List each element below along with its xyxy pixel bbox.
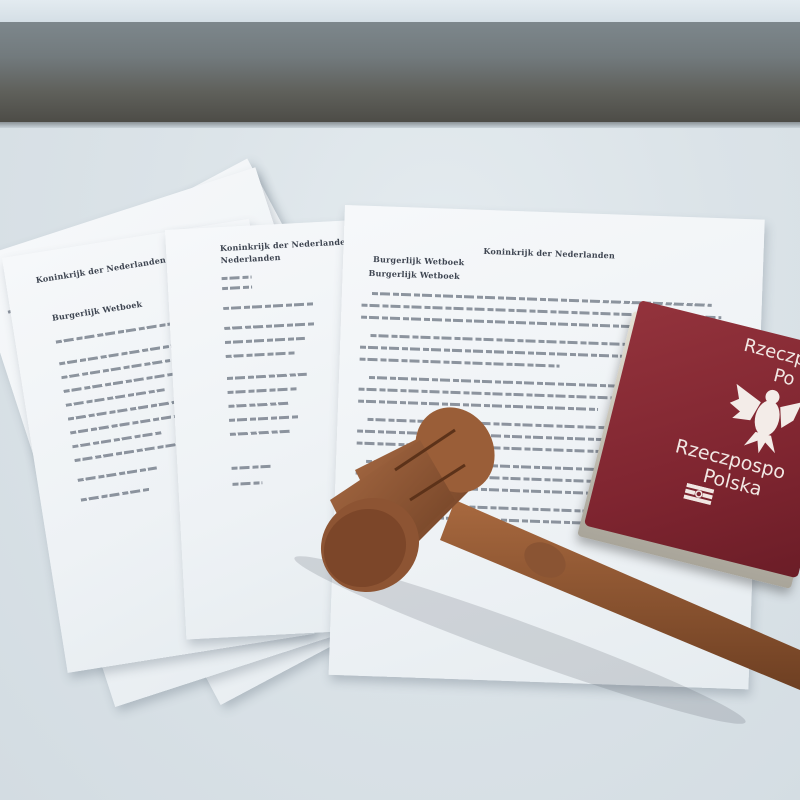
gavel-head xyxy=(304,393,510,610)
wooden-gavel xyxy=(0,0,800,800)
photo-scene: Koninkrijk der Nederlanden Burgerlijk We… xyxy=(0,0,800,800)
